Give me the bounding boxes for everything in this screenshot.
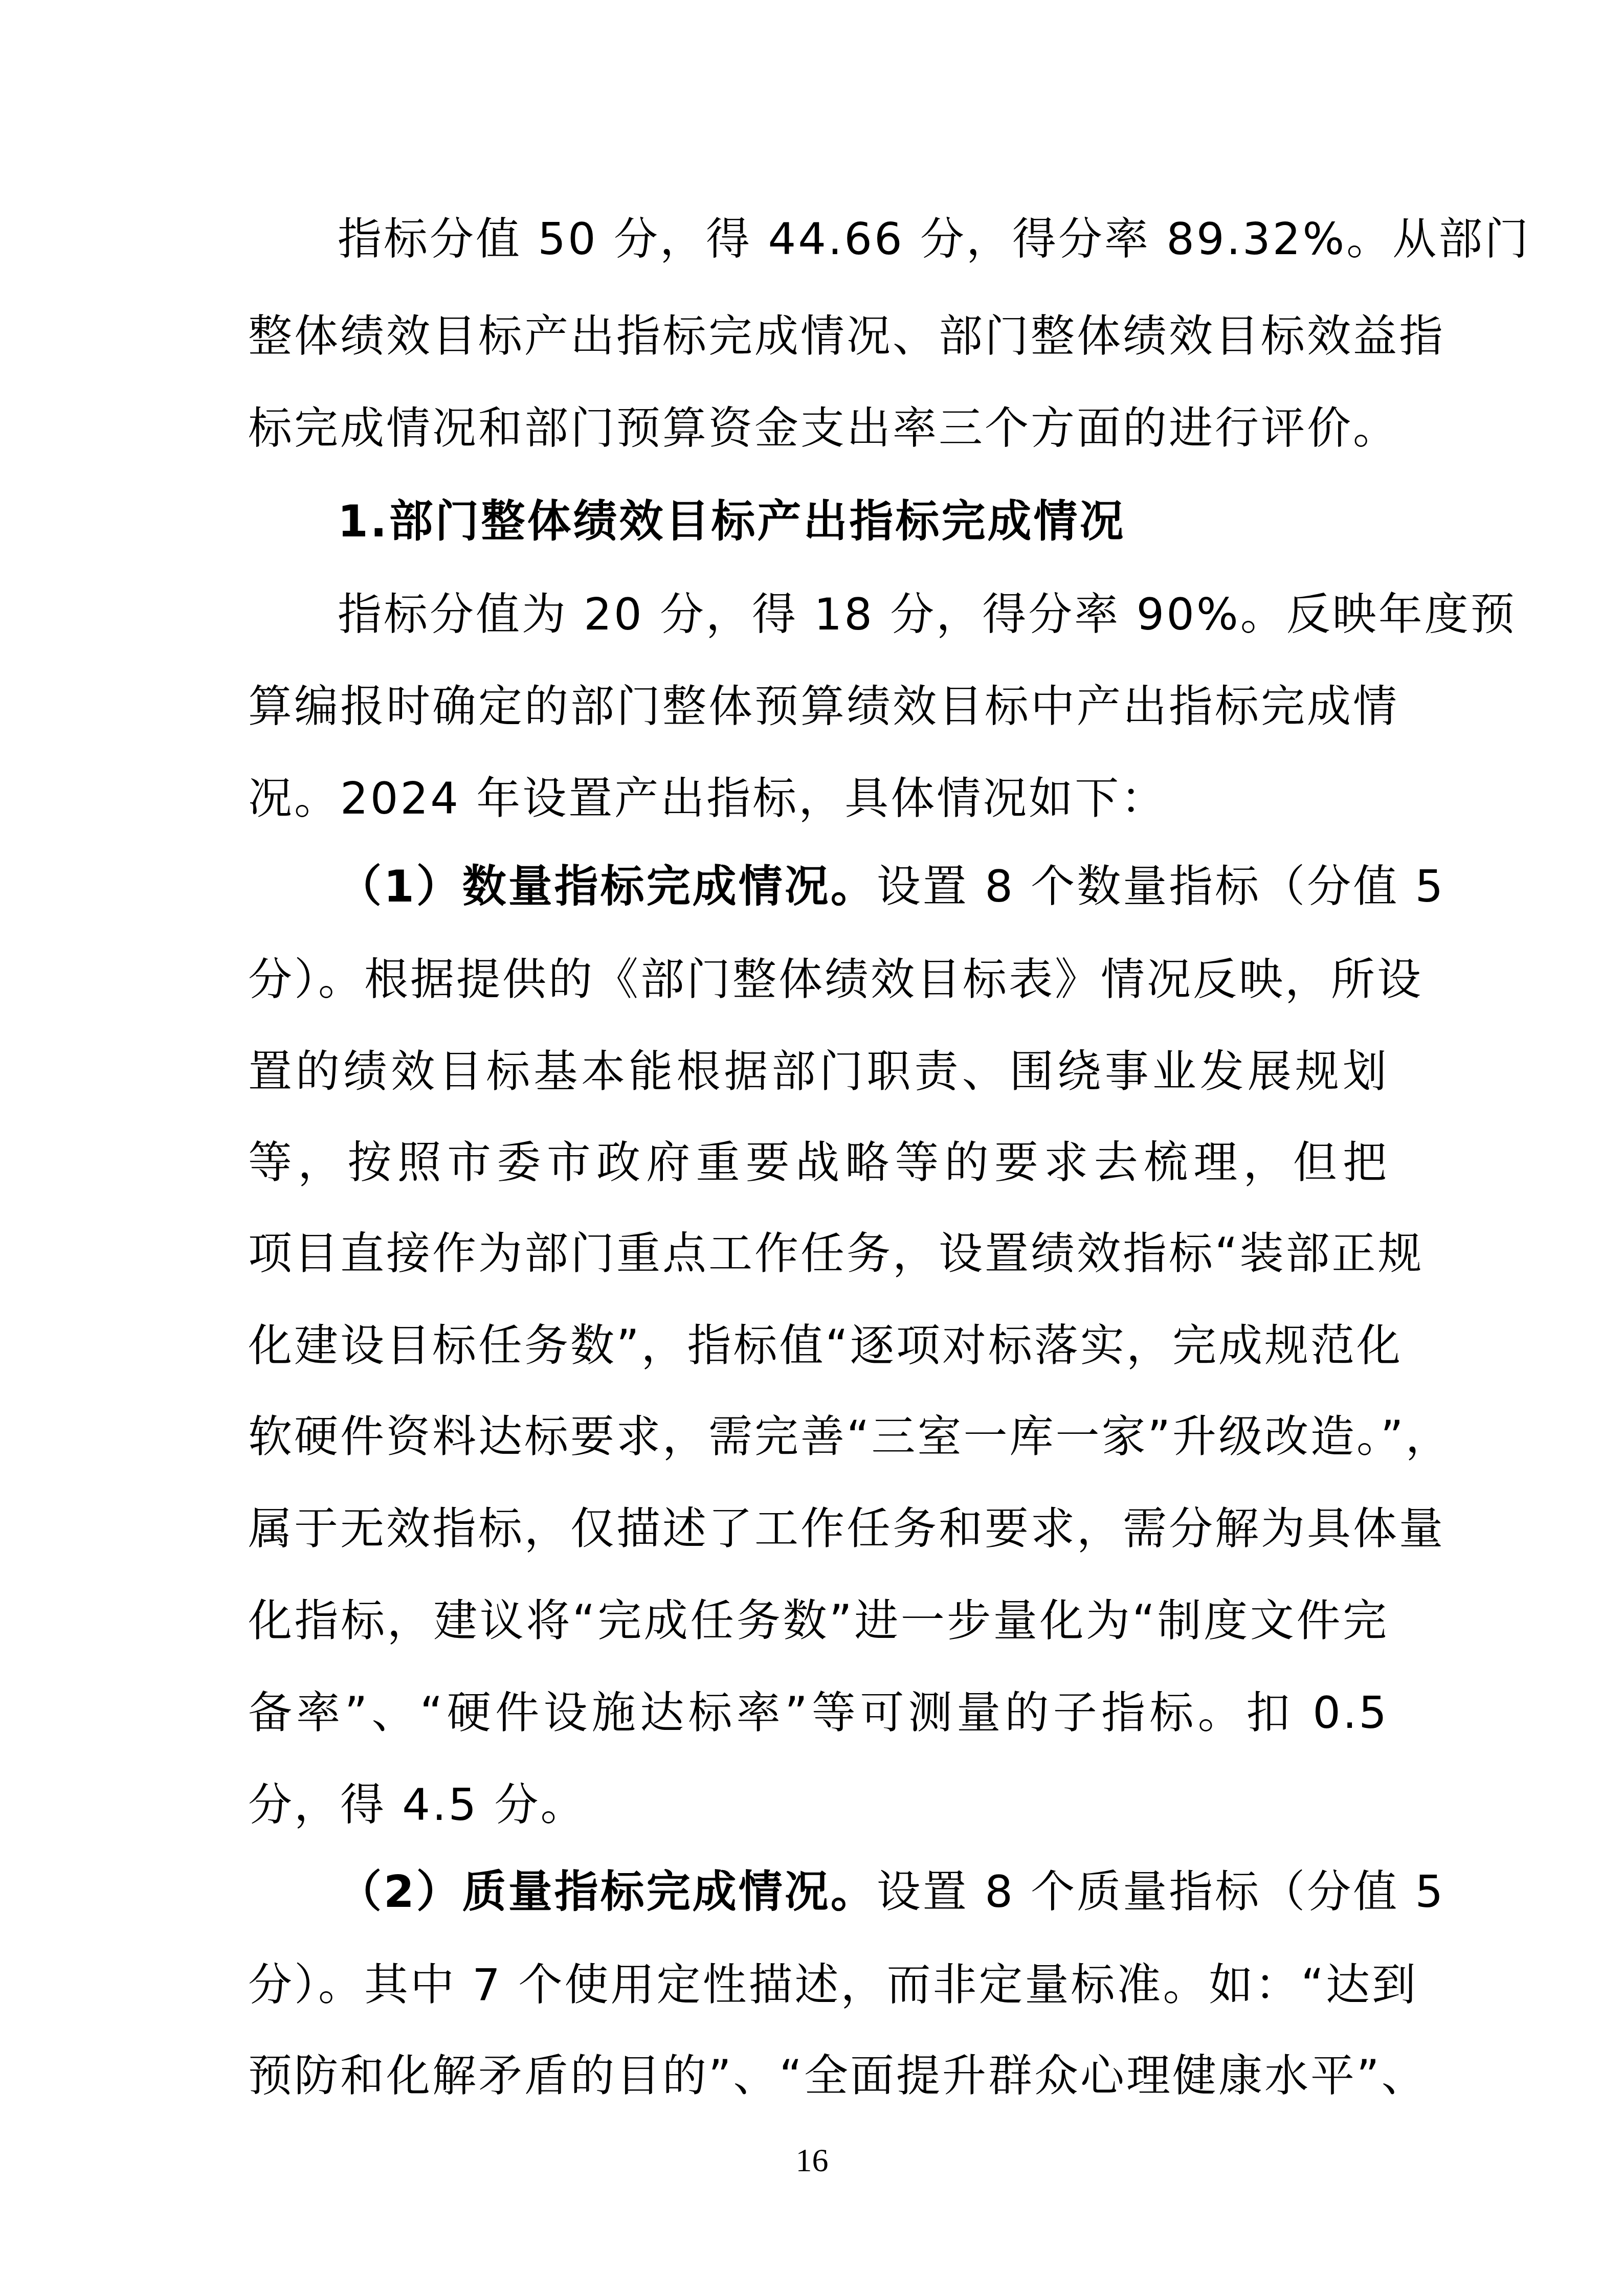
paragraph-line: 备率”、“硬件设施达标率”等可测量的子指标。扣 0.5 bbox=[248, 1682, 1389, 1744]
paragraph-line: 标完成情况和部门预算资金支出率三个方面的进行评价。 bbox=[248, 398, 1389, 459]
paragraph-line: 属于无效指标，仅描述了工作任务和要求，需分解为具体量 bbox=[248, 1498, 1389, 1560]
paragraph-line: 化指标，建议将“完成任务数”进一步量化为“制度文件完 bbox=[248, 1590, 1389, 1652]
paragraph-text: 设置 8 个数量指标（分值 5 bbox=[877, 856, 1445, 917]
paragraph-line: 整体绩效目标产出指标完成情况、部门整体绩效目标效益指 bbox=[248, 306, 1389, 367]
paragraph-line: 指标分值 50 分，得 44.66 分，得分率 89.32%。从部门 bbox=[338, 209, 1389, 270]
document-page: 指标分值 50 分，得 44.66 分，得分率 89.32%。从部门 整体绩效目… bbox=[0, 0, 1624, 2296]
subsection-lead: （1）数量指标完成情况。 bbox=[338, 856, 877, 917]
paragraph-line: 指标分值为 20 分，得 18 分，得分率 90%。反映年度预 bbox=[338, 584, 1389, 645]
paragraph-line: （1）数量指标完成情况。 设置 8 个数量指标（分值 5 bbox=[338, 856, 1389, 917]
paragraph-line: 等，按照市委市政府重要战略等的要求去梳理，但把 bbox=[248, 1132, 1389, 1194]
paragraph-line: 况。2024 年设置产出指标，具体情况如下： bbox=[248, 768, 1389, 829]
paragraph-line bbox=[338, 1739, 1389, 1800]
paragraph-line: 算编报时确定的部门整体预算绩效目标中产出指标完成情 bbox=[248, 676, 1389, 737]
paragraph-line: 分）。根据提供的《部门整体绩效目标表》情况反映，所设 bbox=[248, 949, 1389, 1010]
paragraph-line: 项目直接作为部门重点工作任务，设置绩效指标“装部正规 bbox=[248, 1223, 1389, 1285]
section-heading: 1.部门整体绩效目标产出指标完成情况 bbox=[338, 491, 1389, 552]
paragraph-line: 化建设目标任务数”，指标值“逐项对标落实，完成规范化 bbox=[248, 1315, 1389, 1377]
paragraph-line: 软硬件资料达标要求，需完善“三室一库一家”升级改造。”， bbox=[248, 1406, 1389, 1468]
paragraph-line: 置的绩效目标基本能根据部门职责、围绕事业发展规划 bbox=[248, 1041, 1389, 1102]
